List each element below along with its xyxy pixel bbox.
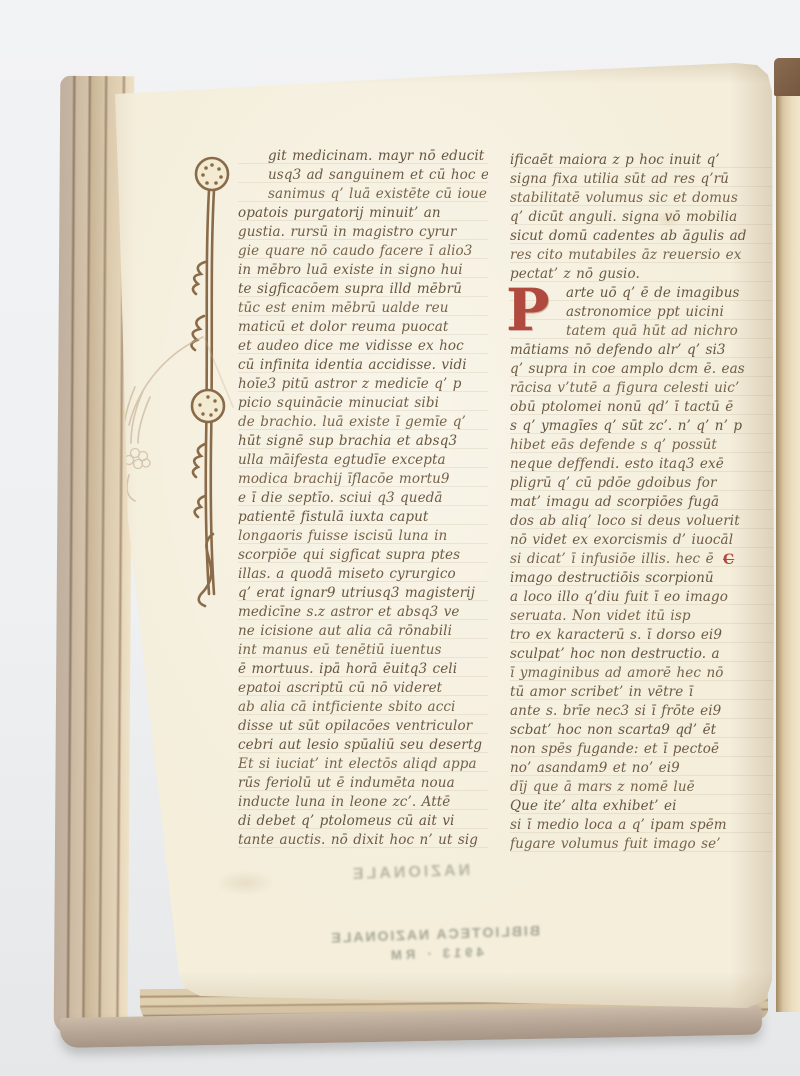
manuscript-text-line: git medicinam. mayr nō educit xyxy=(268,148,488,167)
manuscript-text-line: nō videt ex exorcismis d’ iuocāl xyxy=(510,532,780,551)
manuscript-text-line: de brachio. luā existe ī gemīe q’ xyxy=(238,414,488,433)
manuscript-text-line: ulla māifesta egtudīe excepta xyxy=(238,452,488,471)
manuscript-text-line: ē mortuus. ipā horā ēuitq3 celi xyxy=(238,661,488,680)
manuscript-text-line: q’ erat ignar9 utriusq3 magisterij xyxy=(238,585,488,604)
manuscript-text-line: tante auctis. nō dixit hoc n’ ut sig xyxy=(238,832,488,851)
manuscript-text-line: di debet q’ ptolomeus cū ait vi xyxy=(238,813,488,832)
manuscript-text-line: tūc est enim mēbrū ualde reu xyxy=(238,300,488,319)
right-column-top-lines: ificaēt maiora z p hoc inuit q’signa fix… xyxy=(510,152,780,285)
photo-background: git medicinam. mayr nō educitusq3 ad san… xyxy=(0,0,800,1076)
manuscript-text-line: a loco illo q’diu fuit ī eo imago xyxy=(510,589,780,608)
manuscript-text-line: hūt signē sup brachia et absq3 xyxy=(238,433,488,452)
manuscript-text-line: int manus eū tenētiū iuentus xyxy=(238,642,488,661)
bleedthrough-stamp-top: NAZIONALE xyxy=(265,859,555,887)
manuscript-text-line: usq3 ad sanguinem et cū hoc etiam xyxy=(268,167,488,186)
manuscript-text-line: neque deffendi. esto itaq3 exē xyxy=(510,456,780,475)
manuscript-text-line: Et si iuciat’ int electōs aliqd appa xyxy=(238,756,488,775)
manuscript-text-line: fugare volumus fuit imago se’ xyxy=(510,836,780,855)
manuscript-text-line: mat’ imagu ad scorpiōes fugā xyxy=(510,494,780,513)
manuscript-text-line: et audeo dice me vidisse ex hoc xyxy=(238,338,488,357)
manuscript-text-line: inducte luna in leone zc’. Attē xyxy=(238,794,488,813)
manuscript-text-line: disse ut sūt opilacōes ventriculor xyxy=(238,718,488,737)
left-text-column: git medicinam. mayr nō educitusq3 ad san… xyxy=(238,148,488,851)
manuscript-text-line: hoīe3 pitū astror z medicīe q’ p xyxy=(238,376,488,395)
manuscript-text-line: Que ite’ alta exhibet’ ei xyxy=(510,798,780,817)
manuscript-text-line: medicīne s.z astror et absq3 ve xyxy=(238,604,488,623)
manuscript-text-line: si dicat’ ī infusiōe illis. hec ē xyxy=(510,551,780,570)
manuscript-text-line: imago destructiōis scorpionū xyxy=(510,570,780,589)
manuscript-text-line: ab alia cā intficiente sbito acci xyxy=(238,699,488,718)
manuscript-text-line: ī ymaginibus ad amorē hec nō xyxy=(510,665,780,684)
manuscript-text-line: cū infinita identia accidisse. vidi xyxy=(238,357,488,376)
manuscript-text-line: q’ dicūt anguli. signa vō mobilia xyxy=(510,209,780,228)
manuscript-text-line: in mēbro luā existe in signo hui xyxy=(238,262,488,281)
manuscript-text-line: no’ asandam9 et no’ ei9 xyxy=(510,760,780,779)
manuscript-text-line: sicut domū cadentes ab āgulis ad xyxy=(510,228,780,247)
manuscript-text-line: obū ptolomei nonū qd’ ī tactū ē xyxy=(510,399,780,418)
manuscript-text-line: maticū et dolor reuma puocat xyxy=(238,319,488,338)
manuscript-text-line: sculpat’ hoc non destructio. a xyxy=(510,646,780,665)
right-column-body-lines: mātiams nō defendo alr’ q’ si3q’ supra i… xyxy=(510,342,780,855)
red-paraph-mark: C xyxy=(723,552,734,568)
manuscript-text-line: stabilitatē volumus sic et domus xyxy=(510,190,780,209)
next-page-edge xyxy=(776,64,800,1012)
right-text-column: P C ificaēt maiora z p hoc inuit q’signa… xyxy=(510,152,780,855)
manuscript-text-line: non spēs fugande: et ī pectoē xyxy=(510,741,780,760)
manuscript-text-line: picio squinācie minuciat sibi xyxy=(238,395,488,414)
manuscript-text-line: res cito mutabiles āz reuersio ex xyxy=(510,247,780,266)
binding-corner xyxy=(774,58,800,96)
manuscript-text-line: te sigficacōem supra illd mēbrū xyxy=(238,281,488,300)
manuscript-text-line: longaoris fuisse iscisū luna in xyxy=(238,528,488,547)
manuscript-text-line: scbat’ hoc non scarta9 qd’ ēt xyxy=(510,722,780,741)
left-column-opening-lines: git medicinam. mayr nō educitusq3 ad san… xyxy=(238,148,488,205)
manuscript-text-line: dos ab aliq’ loco si deus voluerit xyxy=(510,513,780,532)
manuscript-text-line: modica brachij īflacōe mortu9 xyxy=(238,471,488,490)
manuscript-text-line: sanimus q’ luā existēte cū ioue xyxy=(268,186,488,205)
manuscript-text-line: opatois purgatorij minuit’ an xyxy=(238,205,488,224)
manuscript-text-line: pligrū q’ cū pdōe gdoibus for xyxy=(510,475,780,494)
manuscript-text-line: rūs feriolū ut ē indumēta noua xyxy=(238,775,488,794)
manuscript-text-line: signa fixa utilia sūt ad res q’rū xyxy=(510,171,780,190)
manuscript-text-line: dīj que ā mars z nomē luē xyxy=(510,779,780,798)
manuscript-text-line: arte uō q’ ē de imagibus xyxy=(566,285,780,304)
manuscript-text-line: ificaēt maiora z p hoc inuit q’ xyxy=(510,152,780,171)
manuscript-text-line: mātiams nō defendo alr’ q’ si3 xyxy=(510,342,780,361)
manuscript-text-line: gustia. rursū in magistro cyrur xyxy=(238,224,488,243)
manuscript-text-line: tū amor scribet’ in vētre ī xyxy=(510,684,780,703)
manuscript-text-line: patientē fistulā iuxta caput xyxy=(238,509,488,528)
manuscript-text-line: epatoi ascriptū cū nō videret xyxy=(238,680,488,699)
manuscript-text-line: q’ supra in coe amplo dcm ē. eas xyxy=(510,361,780,380)
manuscript-text-line: tro ex karacterū s. ī dorso ei9 xyxy=(510,627,780,646)
manuscript-text-line: seruata. Non videt itū isp xyxy=(510,608,780,627)
bleedthrough-stamp-bottom: BIBLIOTECA NAZIONALE 4913 · RM xyxy=(279,921,590,967)
manuscript-text-line: s q’ ymagīes q’ sūt zc’. n’ q’ n’ p xyxy=(510,418,780,437)
manuscript-text-line: rācisa v’tutē a figura celesti uic’ xyxy=(510,380,780,399)
manuscript-text-line: cebri aut lesio spūaliū seu desertg xyxy=(238,737,488,756)
manuscript-page: git medicinam. mayr nō educitusq3 ad san… xyxy=(95,50,785,1015)
manuscript-text-line: hibet eās defende s q’ possūt xyxy=(510,437,780,456)
manuscript-text-line: e ī die septīo. sciui q3 quedā xyxy=(238,490,488,509)
manuscript-text-line: illas. a quodā miseto cyrurgico xyxy=(238,566,488,585)
manuscript-text-line: ne icisione aut alia cā rōnabili xyxy=(238,623,488,642)
left-column-body-lines: opatois purgatorij minuit’ angustia. rur… xyxy=(238,205,488,851)
manuscript-text-line: ante s. brīe nec3 si ī frōte ei9 xyxy=(510,703,780,722)
rubricated-initial-P: P xyxy=(506,280,564,344)
manuscript-text-line: scorpiōe qui sigficat supra ptes xyxy=(238,547,488,566)
manuscript-text-line: gie quare nō caudo facere ī alio3 xyxy=(238,243,488,262)
manuscript-text-line: astronomice ppt uicini xyxy=(566,304,780,323)
manuscript-text-line: si ī medio loca a q’ ipam spēm xyxy=(510,817,780,836)
manuscript-text-line: tatem quā hūt ad nichro xyxy=(566,323,780,342)
